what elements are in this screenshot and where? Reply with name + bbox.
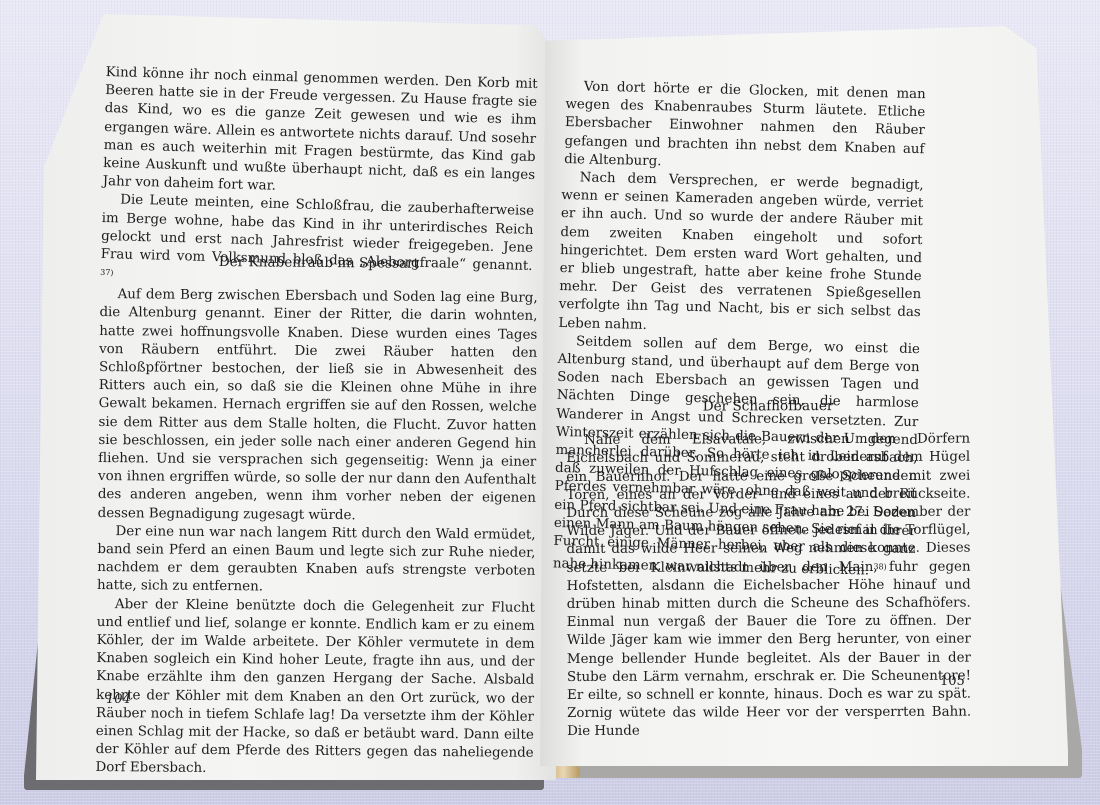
right-page: Von dort hörte er die Glocken, mit denen… [540, 26, 1068, 766]
left-page: Kind könne ihr noch einmal genommen werd… [36, 14, 556, 780]
paragraph: Auf dem Berg zwischen Ebersbach und Sode… [98, 286, 538, 526]
right-page-section: Der Schafhofbauer Nahe dem Elsavatale, z… [566, 397, 971, 742]
section-title: Der Schafhofbauer [566, 397, 970, 417]
page-number: 104 [106, 692, 131, 707]
page-number: 105 [940, 674, 965, 689]
left-page-section: Der Knabenraub im Spessart Auf dem Berg … [95, 252, 538, 781]
paragraph: Nach dem Versprechen, er werde begnadigt… [558, 169, 924, 341]
paragraph: Der eine nun war nach langem Ritt durch … [97, 523, 536, 600]
paragraph: Kind könne ihr noch einmal genommen werd… [102, 64, 537, 203]
paragraph: Aber der Kleine benützte doch die Gelege… [95, 596, 535, 782]
paragraph: Nahe dem Elsavatale, zwischen den Dörfer… [566, 431, 971, 742]
section-title: Der Knabenraub im Spessart [100, 252, 538, 274]
paragraph: Von dort hörte er die Glocken, mit denen… [562, 78, 926, 177]
